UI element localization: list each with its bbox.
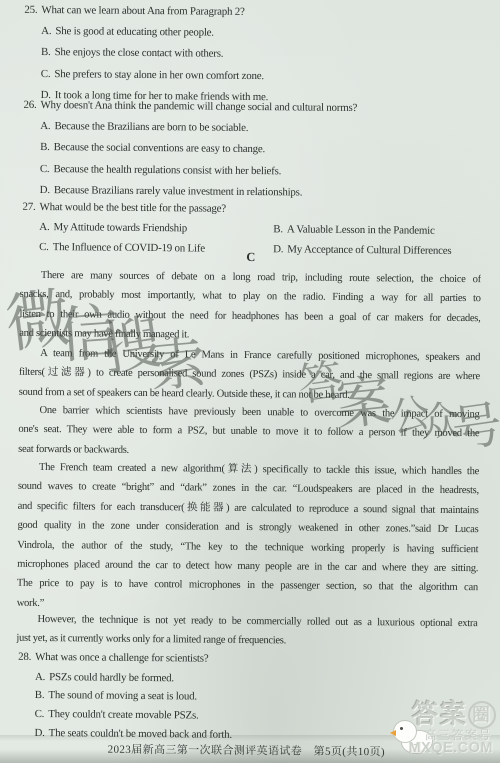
option-label: D. [40,184,50,196]
option-text: My Attitude towards Friendship [53,221,187,234]
option-label: A. [41,25,51,37]
scanned-exam-page: 25.What can we learn about Ana from Para… [0,0,500,763]
option-label: B. [40,141,50,153]
question-stem-text: What was once a challenge for scientists… [35,651,208,665]
question-number: 28. [18,648,31,668]
passage-paragraph-5: However, the technique is not yet ready … [16,610,477,653]
option-text: She is good at educating other people. [55,25,214,39]
option-text: Because the social conventions are easy … [54,142,265,156]
option-text: Because the Brazilians are born to be so… [54,120,248,134]
question-28: 28.What was once a challenge for scienti… [15,648,478,747]
question-number: 26. [23,95,36,116]
passage-paragraph-1: There are many sources of debate on a lo… [19,266,481,348]
passage-paragraph-4: The French team created a new algorithm(… [17,458,479,618]
question-number: 27. [22,197,35,218]
option-label: D. [34,727,44,739]
option-text: She enjoys the close contact with others… [55,47,224,61]
option-text: A Valuable Lesson in the Pandemic [287,224,435,237]
option-text: The sound of moving a seat is loud. [48,689,197,702]
option-text: They couldn't create movable PSZs. [48,708,198,721]
option-text: PSZs could hardly be formed. [49,671,174,684]
question-25: 25.What can we learn about Ana from Para… [21,0,484,110]
question-stem-text: Why doesn't Ana think the pandemic will … [40,99,357,114]
option-a: A.My Attitude towards Friendship [39,218,273,240]
option-label: C. [41,68,51,80]
question-stem: 27.What would be the best title for the … [20,197,482,223]
option-label: C. [40,163,50,175]
option-label: B. [35,689,45,701]
option-text: Because the health regulations consist w… [53,163,281,177]
question-26: 26.Why doesn't Ana think the pandemic wi… [21,95,484,205]
question-stem: 25.What can we learn about Ana from Para… [22,0,484,25]
question-stem: 26.Why doesn't Ana think the pandemic wi… [21,95,483,121]
option-label: A. [40,120,50,132]
page-footer: 2023届新高三第一次联合测评英语试卷 第5页(共10页) [0,740,496,761]
option-label: A. [35,670,45,682]
question-stem-text: What would be the best title for the pas… [39,201,225,215]
option-label: A. [39,221,49,233]
option-label: B. [41,46,51,58]
passage-paragraph-2: A team from the University of Le Mans in… [19,344,481,407]
passage-paragraph-3: One barrier which scientists have previo… [18,401,480,464]
question-stem-text: What can we learn about Ana from Paragra… [41,4,244,18]
option-label: B. [273,223,283,235]
option-text: Because Brazilians rarely value investme… [54,184,302,198]
question-number: 25. [24,0,37,21]
option-text: She prefers to stay alone in her own com… [54,68,264,82]
option-label: C. [35,708,45,720]
option-b: B.A Valuable Lesson in the Pandemic [273,220,482,242]
page-content: 25.What can we learn about Ana from Para… [0,0,500,763]
option-text: The seats couldn't be moved back and for… [49,727,232,741]
